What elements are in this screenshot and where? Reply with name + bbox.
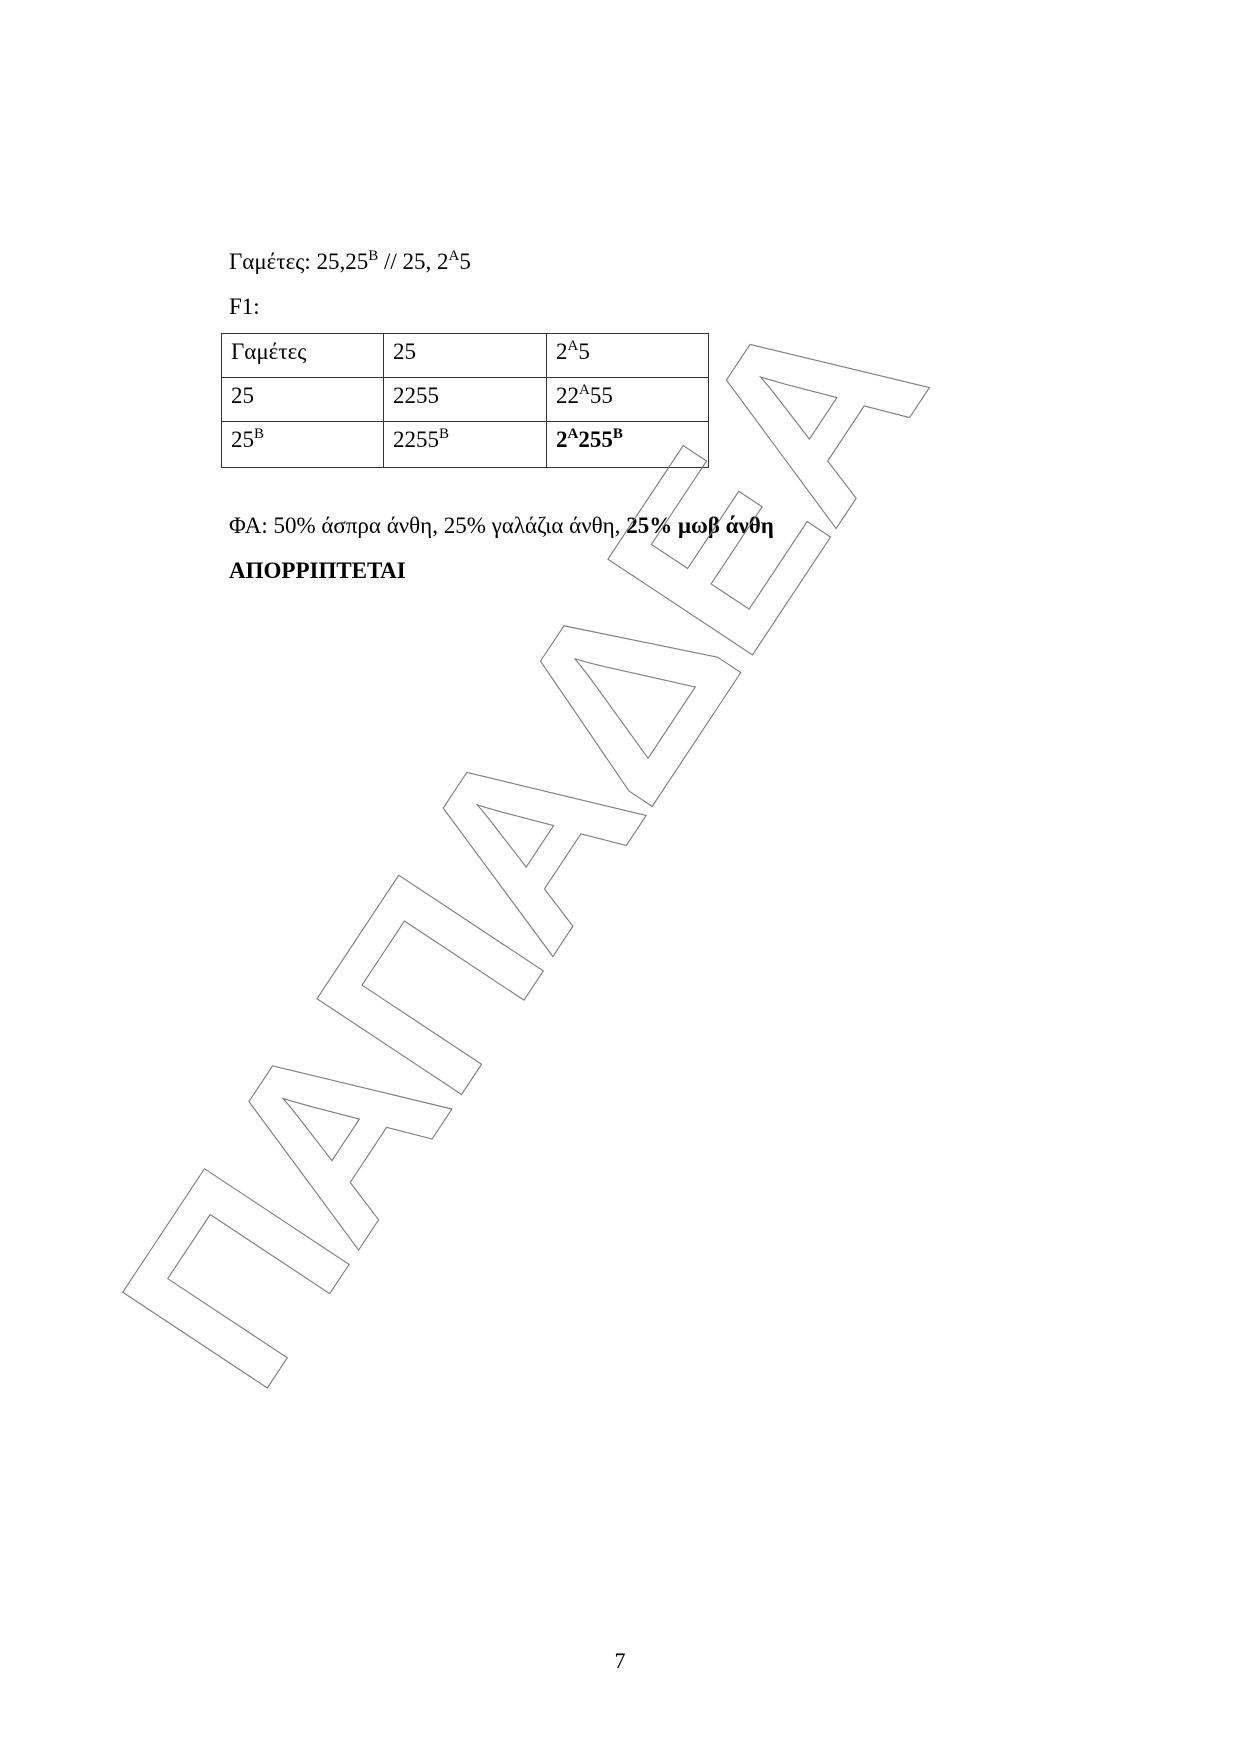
table-row: 25225522A55 <box>222 378 709 422</box>
genotype-text: Γαμέτες <box>231 339 306 364</box>
genotype-text: 25 <box>231 383 254 408</box>
gametes-label: Γαμέτες: <box>229 249 317 274</box>
genotype-superscript: A <box>568 338 579 354</box>
genotype-superscript: A <box>579 382 590 398</box>
phenotype-highlight: 25% μωβ άνθη <box>626 513 774 538</box>
gametes-line: Γαμέτες: 25,25B // 25, 2A5 <box>229 248 471 279</box>
gametes-part: // 25, 2 <box>378 249 448 274</box>
gametes-part: 5 <box>459 249 471 274</box>
punnett-square-table: Γαμέτες252A525225522A5525B2255B2A255B <box>221 333 709 468</box>
genotype-text: 2 <box>556 339 568 364</box>
table-cell: 2A255B <box>547 422 709 468</box>
genotype-text: 22 <box>556 383 579 408</box>
document-page: Γαμέτες: 25,25B // 25, 2A5 F1: Γαμέτες25… <box>0 0 1240 1755</box>
genotype-superscript: B <box>613 426 623 442</box>
genotype-text: 25 <box>393 339 416 364</box>
genotype-text: 25 <box>231 427 254 452</box>
phenotype-text: ΦΑ: 50% άσπρα άνθη, 25% γαλάζια άνθη, <box>229 513 626 538</box>
table-cell: 22A55 <box>547 378 709 422</box>
table-cell: 25 <box>384 334 547 378</box>
genotype-superscript: B <box>254 426 264 442</box>
phenotype-ratio-line: ΦΑ: 50% άσπρα άνθη, 25% γαλάζια άνθη, 25… <box>229 512 774 540</box>
genotype-text: 2 <box>556 427 568 452</box>
table-cell: Γαμέτες <box>222 334 384 378</box>
gametes-part: 25,25 <box>317 249 369 274</box>
table-cell: 2255B <box>384 422 547 468</box>
f1-label: F1: <box>229 293 260 321</box>
table-header-row: Γαμέτες252A5 <box>222 334 709 378</box>
genotype-superscript: B <box>439 426 449 442</box>
table-cell: 2A5 <box>547 334 709 378</box>
page-number: 7 <box>0 1648 1240 1674</box>
genotype-text: 255 <box>578 427 613 452</box>
table-row: 25B2255B2A255B <box>222 422 709 468</box>
verdict-heading: ΑΠΟΡΡΙΠΤΕΤΑΙ <box>229 557 406 585</box>
table-cell: 25 <box>222 378 384 422</box>
genotype-text: 2255 <box>393 383 439 408</box>
table-cell: 2255 <box>384 378 547 422</box>
gametes-sup: B <box>368 248 378 264</box>
genotype-text: 2255 <box>393 427 439 452</box>
genotype-superscript: A <box>568 426 579 442</box>
gametes-sup: A <box>449 248 460 264</box>
watermark: ΠΑΠΑΔΕΑ <box>0 0 1240 1755</box>
table-cell: 25B <box>222 422 384 468</box>
genotype-text: 5 <box>578 339 590 364</box>
genotype-text: 55 <box>590 383 613 408</box>
